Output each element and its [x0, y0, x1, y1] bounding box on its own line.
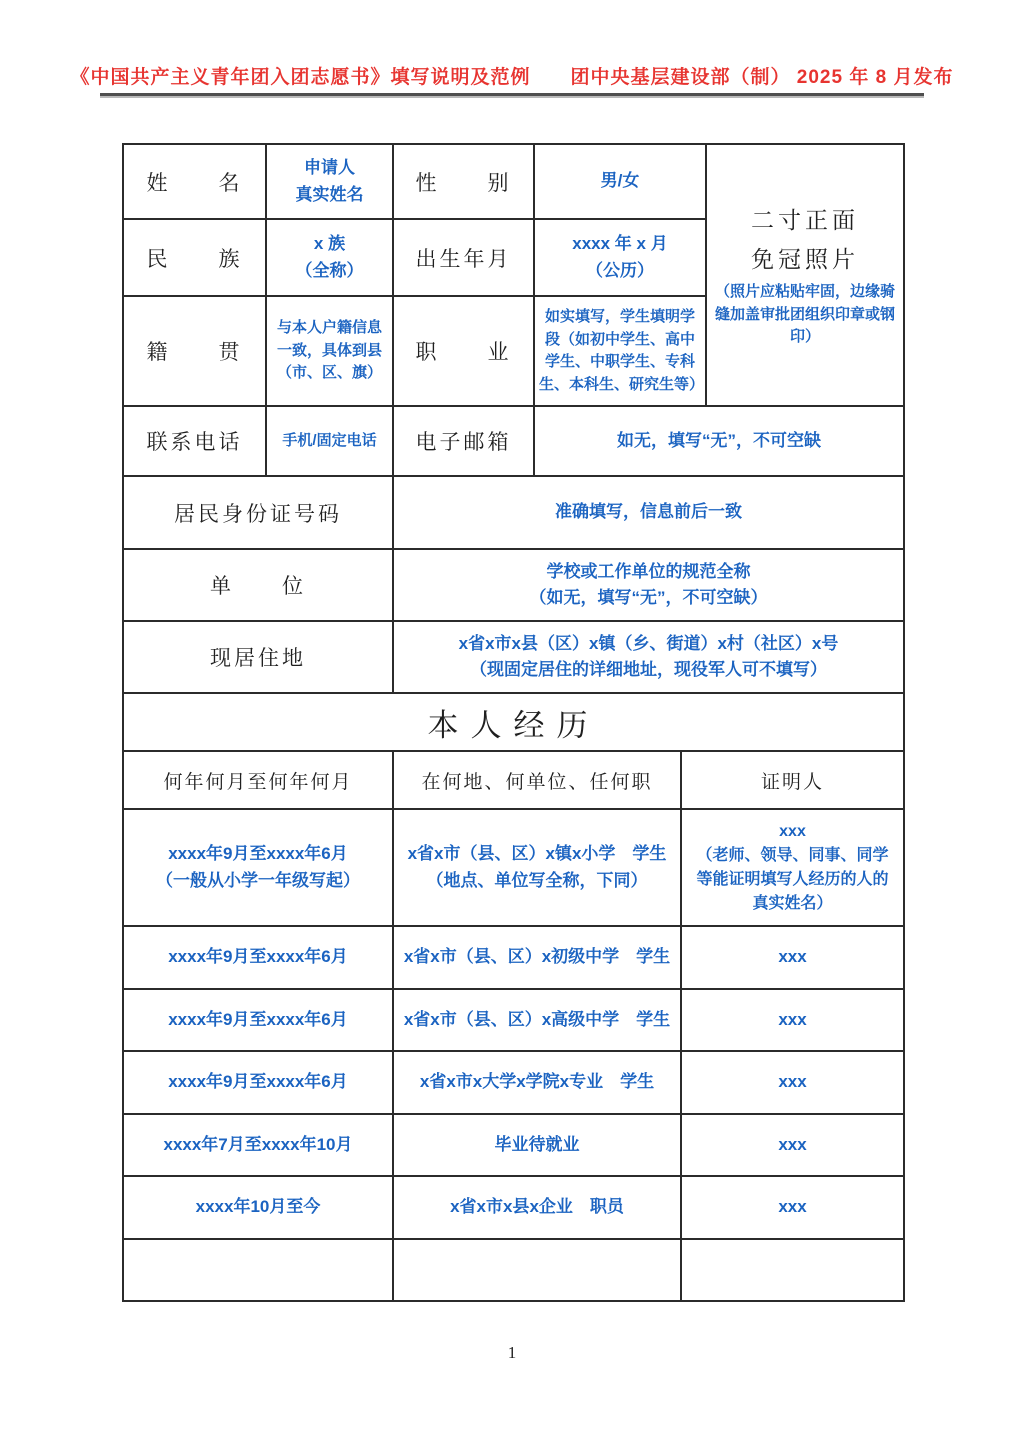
name-label: 姓 名 [123, 144, 266, 219]
experience-witness [681, 1239, 904, 1301]
occupation-label: 职 业 [393, 296, 534, 406]
gender-label: 性 别 [393, 144, 534, 219]
experience-row: xxxx年7月至xxxx年10月 毕业待就业 xxx [123, 1114, 904, 1176]
personal-info-table: 姓 名 申请人 真实姓名 性 别 男/女 二寸正面 免冠照片 （照片应粘贴牢固，… [122, 143, 905, 752]
birth-label: 出生年月 [393, 219, 534, 296]
experience-header-row: 何年何月至何年何月 在何地、何单位、任何职 证明人 [123, 751, 904, 809]
experience-place: x省x市（县、区）x初级中学 学生 [393, 926, 681, 989]
form-area: 姓 名 申请人 真实姓名 性 别 男/女 二寸正面 免冠照片 （照片应粘贴牢固，… [122, 143, 903, 1302]
experience-row: xxxx年10月至今 x省x市x县x企业 职员 xxx [123, 1176, 904, 1239]
id-number-value: 准确填写，信息前后一致 [393, 476, 904, 549]
experience-period: xxxx年9月至xxxx年6月 [123, 989, 393, 1051]
experience-header-witness: 证明人 [681, 751, 904, 809]
experience-row: xxxx年9月至xxxx年6月 x省x市x大学x学院x专业 学生 xxx [123, 1051, 904, 1114]
row-unit: 单 位 学校或工作单位的规范全称 （如无，填写“无”，不可空缺） [123, 549, 904, 621]
row-name-gender: 姓 名 申请人 真实姓名 性 别 男/女 二寸正面 免冠照片 （照片应粘贴牢固，… [123, 144, 904, 219]
photo-note: （照片应粘贴牢固，边缘骑缝加盖审批团组织印章或钢印） [715, 281, 895, 349]
row-phone-email: 联系电话 手机/固定电话 电子邮箱 如无，填写“无”，不可空缺 [123, 406, 904, 476]
experience-header-place: 在何地、何单位、任何职 [393, 751, 681, 809]
phone-label: 联系电话 [123, 406, 266, 476]
birth-value: xxxx 年 x 月 （公历） [534, 219, 706, 296]
ethnicity-value: x 族 （全称） [266, 219, 393, 296]
occupation-value: 如实填写，学生填明学段（如初中学生、高中学生、中职学生、专科生、本科生、研究生等… [534, 296, 706, 406]
experience-period: xxxx年10月至今 [123, 1176, 393, 1239]
row-section-title: 本人经历 [123, 693, 904, 751]
ethnicity-label: 民 族 [123, 219, 266, 296]
email-value: 如无，填写“无”，不可空缺 [534, 406, 904, 476]
row-residence: 现居住地 x省x市x县（区）x镇（乡、街道）x村（社区）x号 （现固定居住的详细… [123, 621, 904, 693]
photo-box: 二寸正面 免冠照片 （照片应粘贴牢固，边缘骑缝加盖审批团组织印章或钢印） [706, 144, 904, 406]
experience-row: xxxx年9月至xxxx年6月 x省x市（县、区）x高级中学 学生 xxx [123, 989, 904, 1051]
experience-section-title: 本人经历 [123, 693, 904, 751]
id-number-label: 居民身份证号码 [123, 476, 393, 549]
experience-place: x省x市x大学x学院x专业 学生 [393, 1051, 681, 1114]
experience-witness: xxx [681, 1114, 904, 1176]
unit-value: 学校或工作单位的规范全称 （如无，填写“无”，不可空缺） [393, 549, 904, 621]
residence-value: x省x市x县（区）x镇（乡、街道）x村（社区）x号 （现固定居住的详细地址，现役… [393, 621, 904, 693]
native-place-label: 籍 贯 [123, 296, 266, 406]
experience-row-empty [123, 1239, 904, 1301]
experience-period: xxxx年9月至xxxx年6月 （一般从小学一年级写起） [123, 809, 393, 926]
native-place-value: 与本人户籍信息一致，具体到县（市、区、旗） [266, 296, 393, 406]
experience-header-period: 何年何月至何年何月 [123, 751, 393, 809]
experience-place: x省x市（县、区）x高级中学 学生 [393, 989, 681, 1051]
unit-label: 单 位 [123, 549, 393, 621]
experience-period: xxxx年9月至xxxx年6月 [123, 1051, 393, 1114]
experience-witness: xxx [681, 926, 904, 989]
email-label: 电子邮箱 [393, 406, 534, 476]
photo-title: 二寸正面 免冠照片 [715, 201, 895, 279]
name-value: 申请人 真实姓名 [266, 144, 393, 219]
experience-place: x省x市（县、区）x镇x小学 学生 （地点、单位写全称，下同） [393, 809, 681, 926]
phone-value: 手机/固定电话 [266, 406, 393, 476]
document-page: 《中国共产主义青年团入团志愿书》填写说明及范例 团中央基层建设部（制） 2025… [0, 0, 1024, 1447]
experience-row: xxxx年9月至xxxx年6月 （一般从小学一年级写起） x省x市（县、区）x镇… [123, 809, 904, 926]
experience-period: xxxx年9月至xxxx年6月 [123, 926, 393, 989]
document-title: 《中国共产主义青年团入团志愿书》填写说明及范例 团中央基层建设部（制） 2025… [0, 62, 1024, 89]
experience-place [393, 1239, 681, 1301]
experience-table: 何年何月至何年何月 在何地、何单位、任何职 证明人 xxxx年9月至xxxx年6… [122, 750, 905, 1302]
residence-label: 现居住地 [123, 621, 393, 693]
experience-period: xxxx年7月至xxxx年10月 [123, 1114, 393, 1176]
header-rule [100, 93, 924, 98]
experience-witness: xxx [681, 1176, 904, 1239]
experience-row: xxxx年9月至xxxx年6月 x省x市（县、区）x初级中学 学生 xxx [123, 926, 904, 989]
experience-place: x省x市x县x企业 职员 [393, 1176, 681, 1239]
experience-place: 毕业待就业 [393, 1114, 681, 1176]
row-id-number: 居民身份证号码 准确填写，信息前后一致 [123, 476, 904, 549]
experience-witness: xxx [681, 1051, 904, 1114]
page-number: 1 [0, 1343, 1024, 1363]
gender-value: 男/女 [534, 144, 706, 219]
experience-witness: xxx [681, 989, 904, 1051]
experience-witness: xxx （老师、领导、同事、同学等能证明填写人经历的人的真实姓名） [681, 809, 904, 926]
experience-period [123, 1239, 393, 1301]
